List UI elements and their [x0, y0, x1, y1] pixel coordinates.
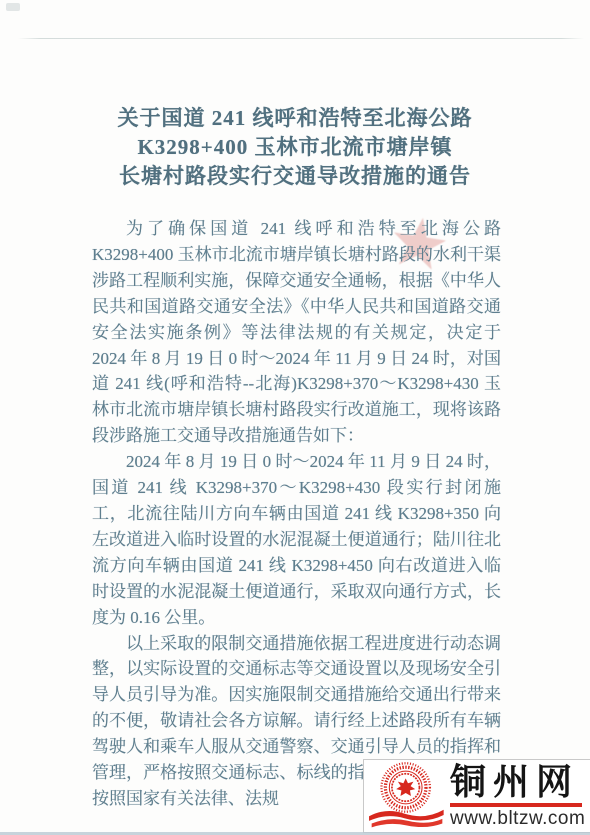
notice-title-line-3: 长塘村路段实行交通导改措施的通告 [0, 162, 590, 191]
watermark-text-block: 铜州网 www.bltzw.com [450, 763, 585, 829]
notice-paragraph-2: 2024 年 8 月 19 日 0 时～2024 年 11 月 9 日 24 时… [92, 449, 501, 630]
scan-artifact-line [18, 38, 584, 39]
notice-title-line-2: K3298+400 玉林市北流市塘岸镇 [0, 133, 590, 162]
notice-title-line-1: 关于国道 241 线呼和浩特至北海公路 [0, 104, 590, 133]
site-name: 铜州网 [450, 763, 585, 801]
notice-body: 为了确保国道 241 线呼和浩特至北海公路 K3298+400 玉林市北流市塘岸… [92, 216, 501, 812]
notice-title: 关于国道 241 线呼和浩特至北海公路 K3298+400 玉林市北流市塘岸镇 … [0, 104, 590, 191]
logo-divider [450, 803, 582, 807]
notice-paragraph-1: 为了确保国道 241 线呼和浩特至北海公路 K3298+400 玉林市北流市塘岸… [92, 216, 501, 449]
scan-artifact-blob [6, 3, 20, 11]
site-watermark: 铜州网 www.bltzw.com [363, 759, 590, 833]
scanned-notice-page: 关于国道 241 线呼和浩特至北海公路 K3298+400 玉林市北流市塘岸镇 … [0, 0, 590, 835]
site-url: www.bltzw.com [450, 808, 585, 829]
seal-emblem-icon [366, 760, 448, 832]
